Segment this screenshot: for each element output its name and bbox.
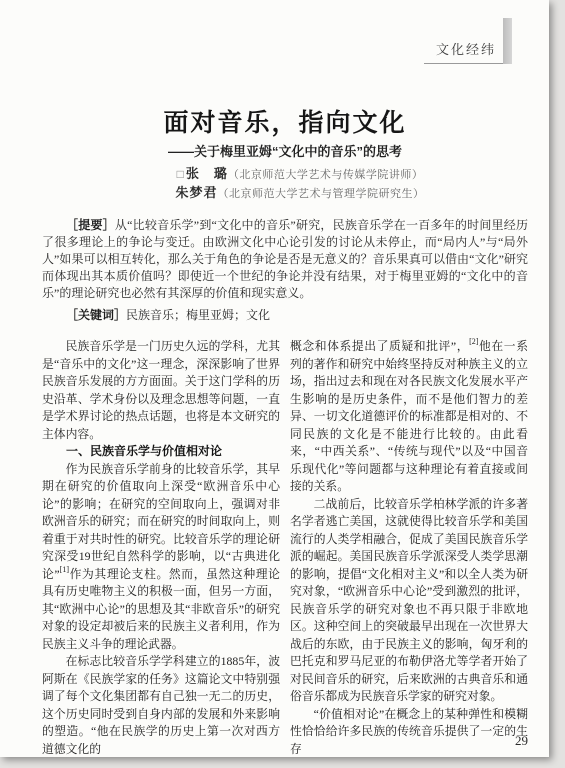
abstract-label: ［提要］ <box>66 218 115 232</box>
footnote-reference: [2] <box>469 337 478 346</box>
section-heading: 一、民族音乐学与价值相对论 <box>42 443 280 461</box>
author-name: 张 璐 <box>186 166 228 181</box>
body-paragraph: 民族音乐学是一门历史久远的学科，尤其是“音乐中的文化”这一理念，深深影响了世界民… <box>42 338 280 443</box>
keywords-label: ［关键词］ <box>66 308 126 322</box>
scanned-page: 文化经纬 面对音乐，指向文化 ——关于梅里亚姆“文化中的音乐”的思考 □张 璐（… <box>0 0 549 757</box>
body-paragraph: “价值相对论”在概念上的某种弹性和模糊性恰恰给许多民族的传统音乐提供了一定的生存 <box>290 706 528 759</box>
journal-column-header: 文化经纬 <box>424 18 512 64</box>
article-title: 面对音乐，指向文化 <box>42 103 528 139</box>
author-line: □张 璐（北京师范大学艺术与传媒学院讲师） <box>72 165 528 184</box>
author-affiliation: （北京师范大学艺术与传媒学院讲师） <box>228 169 424 181</box>
body-left-column: 民族音乐学是一门历史久远的学科，尤其是“音乐中的文化”这一理念，深深影响了世界民… <box>42 338 280 758</box>
author-affiliation: （北京师范大学艺术与管理学院研究生） <box>218 188 425 200</box>
body-columns: 民族音乐学是一门历史久远的学科，尤其是“音乐中的文化”这一理念，深深影响了世界民… <box>42 338 528 758</box>
author-marker-square: □ <box>177 167 184 181</box>
column-header-bar <box>503 18 512 64</box>
article-subtitle: ——关于梅里亚姆“文化中的音乐”的思考 <box>42 141 528 160</box>
abstract: ［提要］从“比较音乐学”到“文化中的音乐”研究，民族音乐学在一百多年的时间里经历… <box>42 217 528 302</box>
page-number: 29 <box>515 733 528 749</box>
footnote-reference: [1] <box>60 565 69 574</box>
author-line: 朱梦君（北京师范大学艺术与管理学院研究生） <box>72 184 528 203</box>
abstract-text: 从“比较音乐学”到“文化中的音乐”研究，民族音乐学在一百多年的时间里经历了很多理… <box>42 218 528 300</box>
keywords-text: 民族音乐；梅里亚姆；文化 <box>126 308 270 322</box>
body-paragraph: 作为民族音乐学前身的比较音乐学，其早期在研究的价值取向上深受“欧洲音乐中心论”的… <box>42 461 280 654</box>
body-right-column: 概念和体系提出了质疑和批评”，[2]他在一系列的著作和研究中始终坚持反对种族主义… <box>290 338 528 758</box>
body-paragraph: 在标志比较音乐学学科建立的1885年，波阿斯在《民族学家的任务》这篇论文中特别强… <box>42 653 280 758</box>
body-paragraph: 概念和体系提出了质疑和批评”，[2]他在一系列的著作和研究中始终坚持反对种族主义… <box>290 338 528 496</box>
body-paragraph: 二战前后，比较音乐学柏林学派的许多著名学者逃亡美国，这就使得比较音乐学和美国流行… <box>290 496 528 706</box>
author-name: 朱梦君 <box>175 185 217 200</box>
authors-block: □张 璐（北京师范大学艺术与传媒学院讲师） 朱梦君（北京师范大学艺术与管理学院研… <box>42 165 528 203</box>
journal-column-label: 文化经纬 <box>424 39 503 64</box>
keywords: ［关键词］民族音乐；梅里亚姆；文化 <box>42 306 528 323</box>
